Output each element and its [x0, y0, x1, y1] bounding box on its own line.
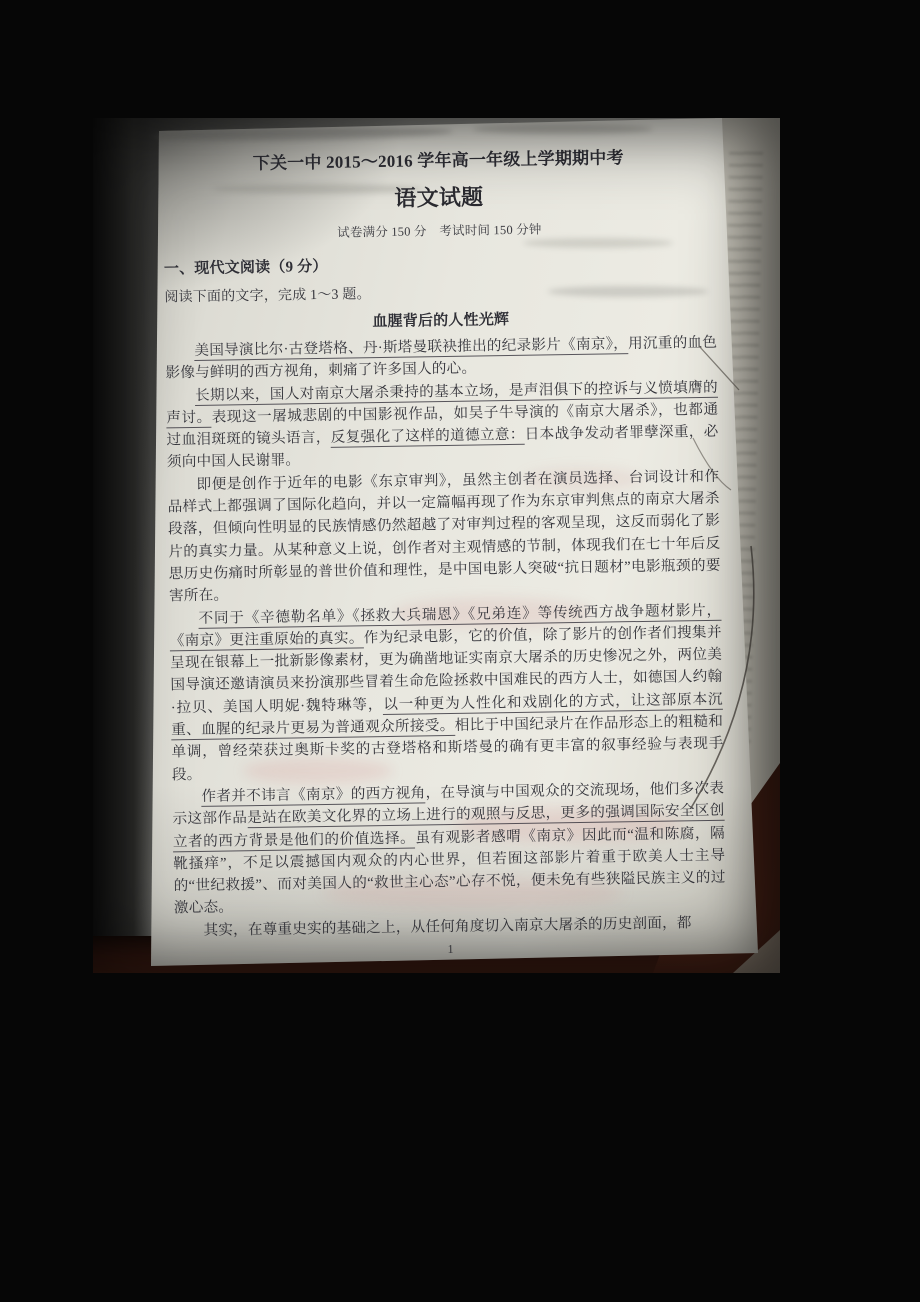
essay-paragraph: 即便是创作于近年的电影《东京审判》，虽然主创者在演员选择、台词设计和作品样式上都… — [167, 466, 721, 608]
score-time-line: 试卷满分 150 分 考试时间 150 分钟 — [163, 217, 715, 244]
essay-title: 血腥背后的人性光辉 — [165, 305, 717, 335]
dark-background: 下关一中 2015～2016 学年高一年级上学期期中考 语文试题 试卷满分 15… — [0, 0, 920, 1302]
underlined-passage: 美国导演比尔·古登塔格、丹·斯塔曼联袂推出的纪录影片《南京》， — [194, 336, 628, 361]
exam-paper-photo: 下关一中 2015～2016 学年高一年级上学期期中考 语文试题 试卷满分 15… — [93, 118, 780, 973]
section-heading: 一、现代文阅读（9 分） — [164, 249, 716, 279]
essay-paragraph: 不同于《辛德勒名单》《拯救大兵瑞恩》《兄弟连》等传统西方战争题材影片，《南京》更… — [169, 599, 724, 786]
essay-body: 美国导演比尔·古登塔格、丹·斯塔曼联袂推出的纪录影片《南京》，用沉重的血色影像与… — [165, 332, 726, 943]
passage: 其实，在尊重史实的基础之上，从任何角度切入南京大屠杀的历史剖面，都 — [203, 915, 691, 939]
photo-shadow-left — [93, 118, 151, 973]
essay-paragraph: 作者并不讳言《南京》的西方视角，在导演与中国观众的交流现场，他们多次表示这部作品… — [172, 778, 726, 920]
reading-instruction: 阅读下面的文字，完成 1～3 题。 — [164, 278, 716, 307]
paper-title: 语文试题 — [163, 177, 715, 217]
essay-paragraph: 长期以来，国人对南京大屠杀秉持的基本立场，是声泪俱下的控诉与义愤填膺的声讨。表现… — [166, 376, 719, 474]
underlined-passage: 反复强化了这样的道德立意： — [331, 427, 525, 448]
passage: 即便是创作于近年的电影《东京审判》，虽然主创者在演员选择、台词设计和作品样式上都… — [168, 469, 721, 605]
underlined-passage: 作者并不讳言《南京》的西方视角 — [201, 785, 425, 807]
exam-content: 下关一中 2015～2016 学年高一年级上学期期中考 语文试题 试卷满分 15… — [162, 142, 727, 962]
